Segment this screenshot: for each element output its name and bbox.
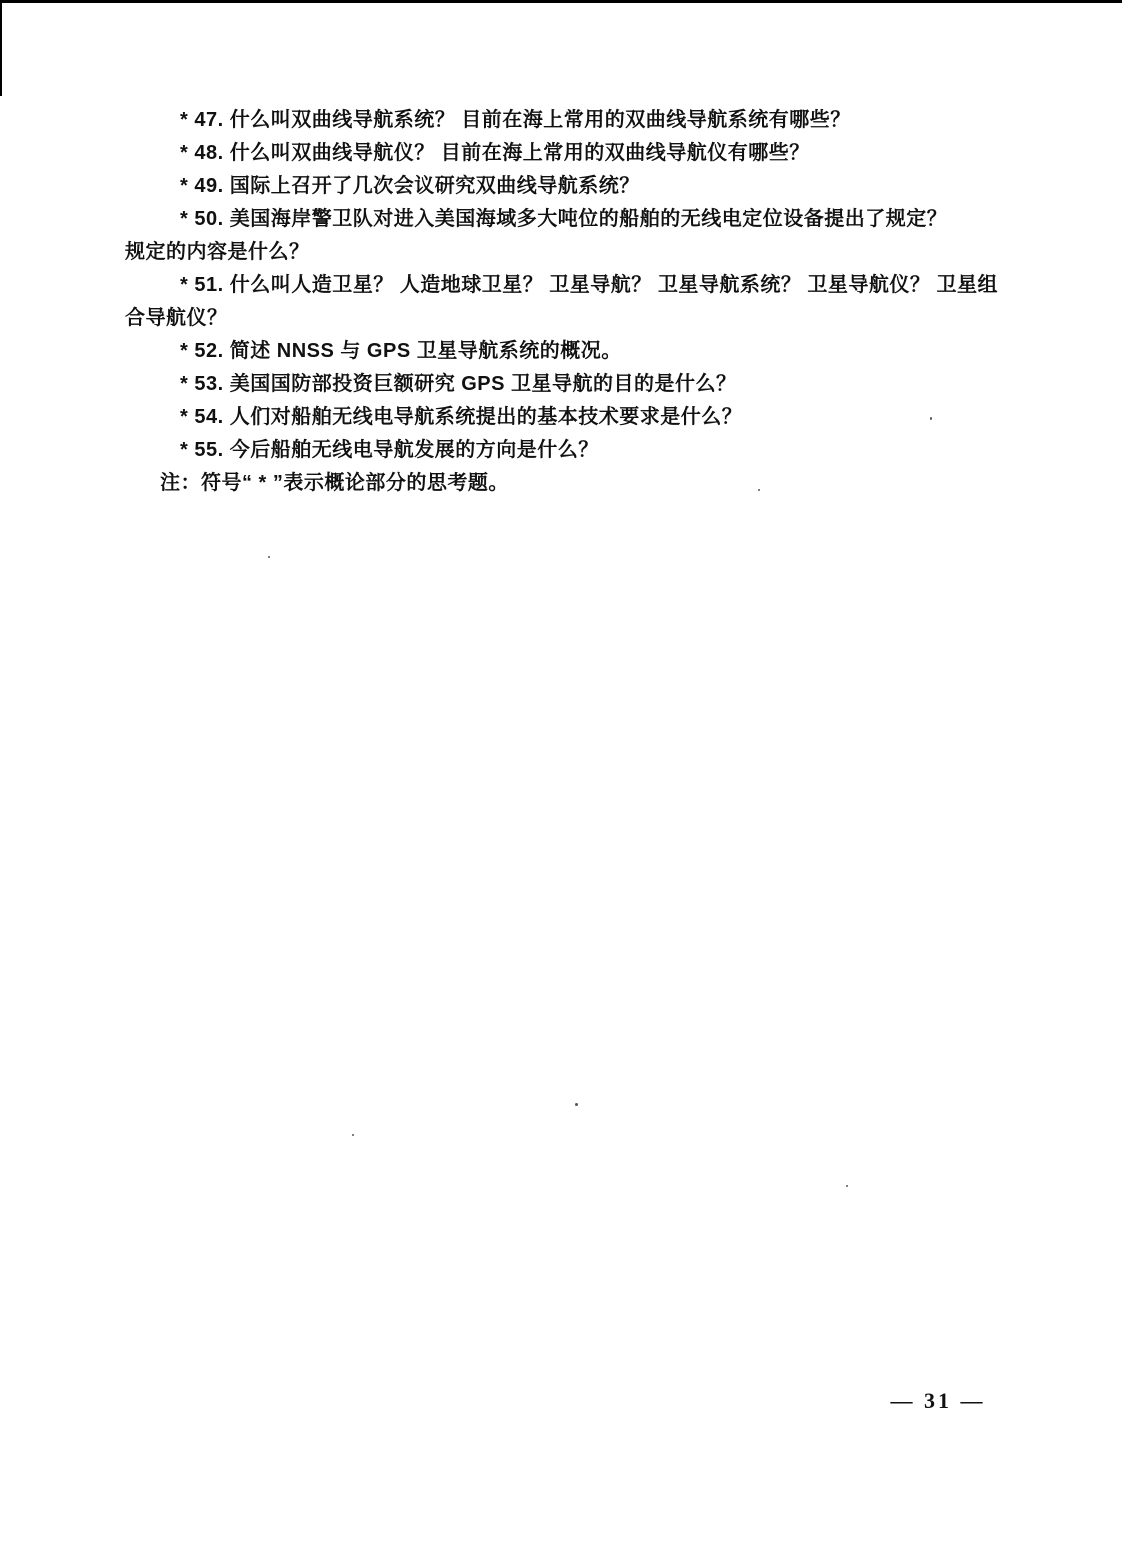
question-49-line-1: * 49. 国际上召开了几次会议研究双曲线导航系统？ <box>125 170 1085 203</box>
question-50-line-2: 规定的内容是什么？ <box>125 236 1085 269</box>
scan-speck <box>352 1134 354 1136</box>
scan-speck <box>758 489 760 491</box>
question-52-line-1: * 52. 简述 NNSS 与 GPS 卫星导航系统的概况。 <box>125 335 1085 368</box>
question-50-line-1: * 50. 美国海岸警卫队对进入美国海域多大吨位的船舶的无线电定位设备提出了规定… <box>125 203 1085 236</box>
page-number: — 31 — <box>878 1388 998 1414</box>
question-51-line-1: * 51. 什么叫人造卫星？ 人造地球卫星？ 卫星导航？ 卫星导航系统？ 卫星导… <box>125 269 1085 302</box>
question-47-line-1: * 47. 什么叫双曲线导航系统？ 目前在海上常用的双曲线导航系统有哪些？ <box>125 104 1085 137</box>
scan-speck <box>846 1185 848 1187</box>
question-53-line-1: * 53. 美国国防部投资巨额研究 GPS 卫星导航的目的是什么？ <box>125 368 1085 401</box>
scan-speck <box>268 556 270 558</box>
question-54-line-1: * 54. 人们对船舶无线电导航系统提出的基本技术要求是什么？ <box>125 401 1085 434</box>
scan-artifact-top-edge <box>0 0 1122 3</box>
question-48-line-1: * 48. 什么叫双曲线导航仪？ 目前在海上常用的双曲线导航仪有哪些？ <box>125 137 1085 170</box>
scan-speck <box>575 1103 578 1106</box>
question-list: * 47. 什么叫双曲线导航系统？ 目前在海上常用的双曲线导航系统有哪些？* 4… <box>125 104 1085 500</box>
scan-speck <box>930 417 932 420</box>
question-51-line-2: 合导航仪？ <box>125 302 1085 335</box>
questions-container: * 47. 什么叫双曲线导航系统？ 目前在海上常用的双曲线导航系统有哪些？* 4… <box>125 104 1085 467</box>
scan-artifact-left-edge <box>0 0 2 96</box>
question-55-line-1: * 55. 今后船舶无线电导航发展的方向是什么？ <box>125 434 1085 467</box>
note-line: 注：符号“ * ”表示概论部分的思考题。 <box>125 467 1085 500</box>
scanned-document-page: * 47. 什么叫双曲线导航系统？ 目前在海上常用的双曲线导航系统有哪些？* 4… <box>0 0 1122 1568</box>
